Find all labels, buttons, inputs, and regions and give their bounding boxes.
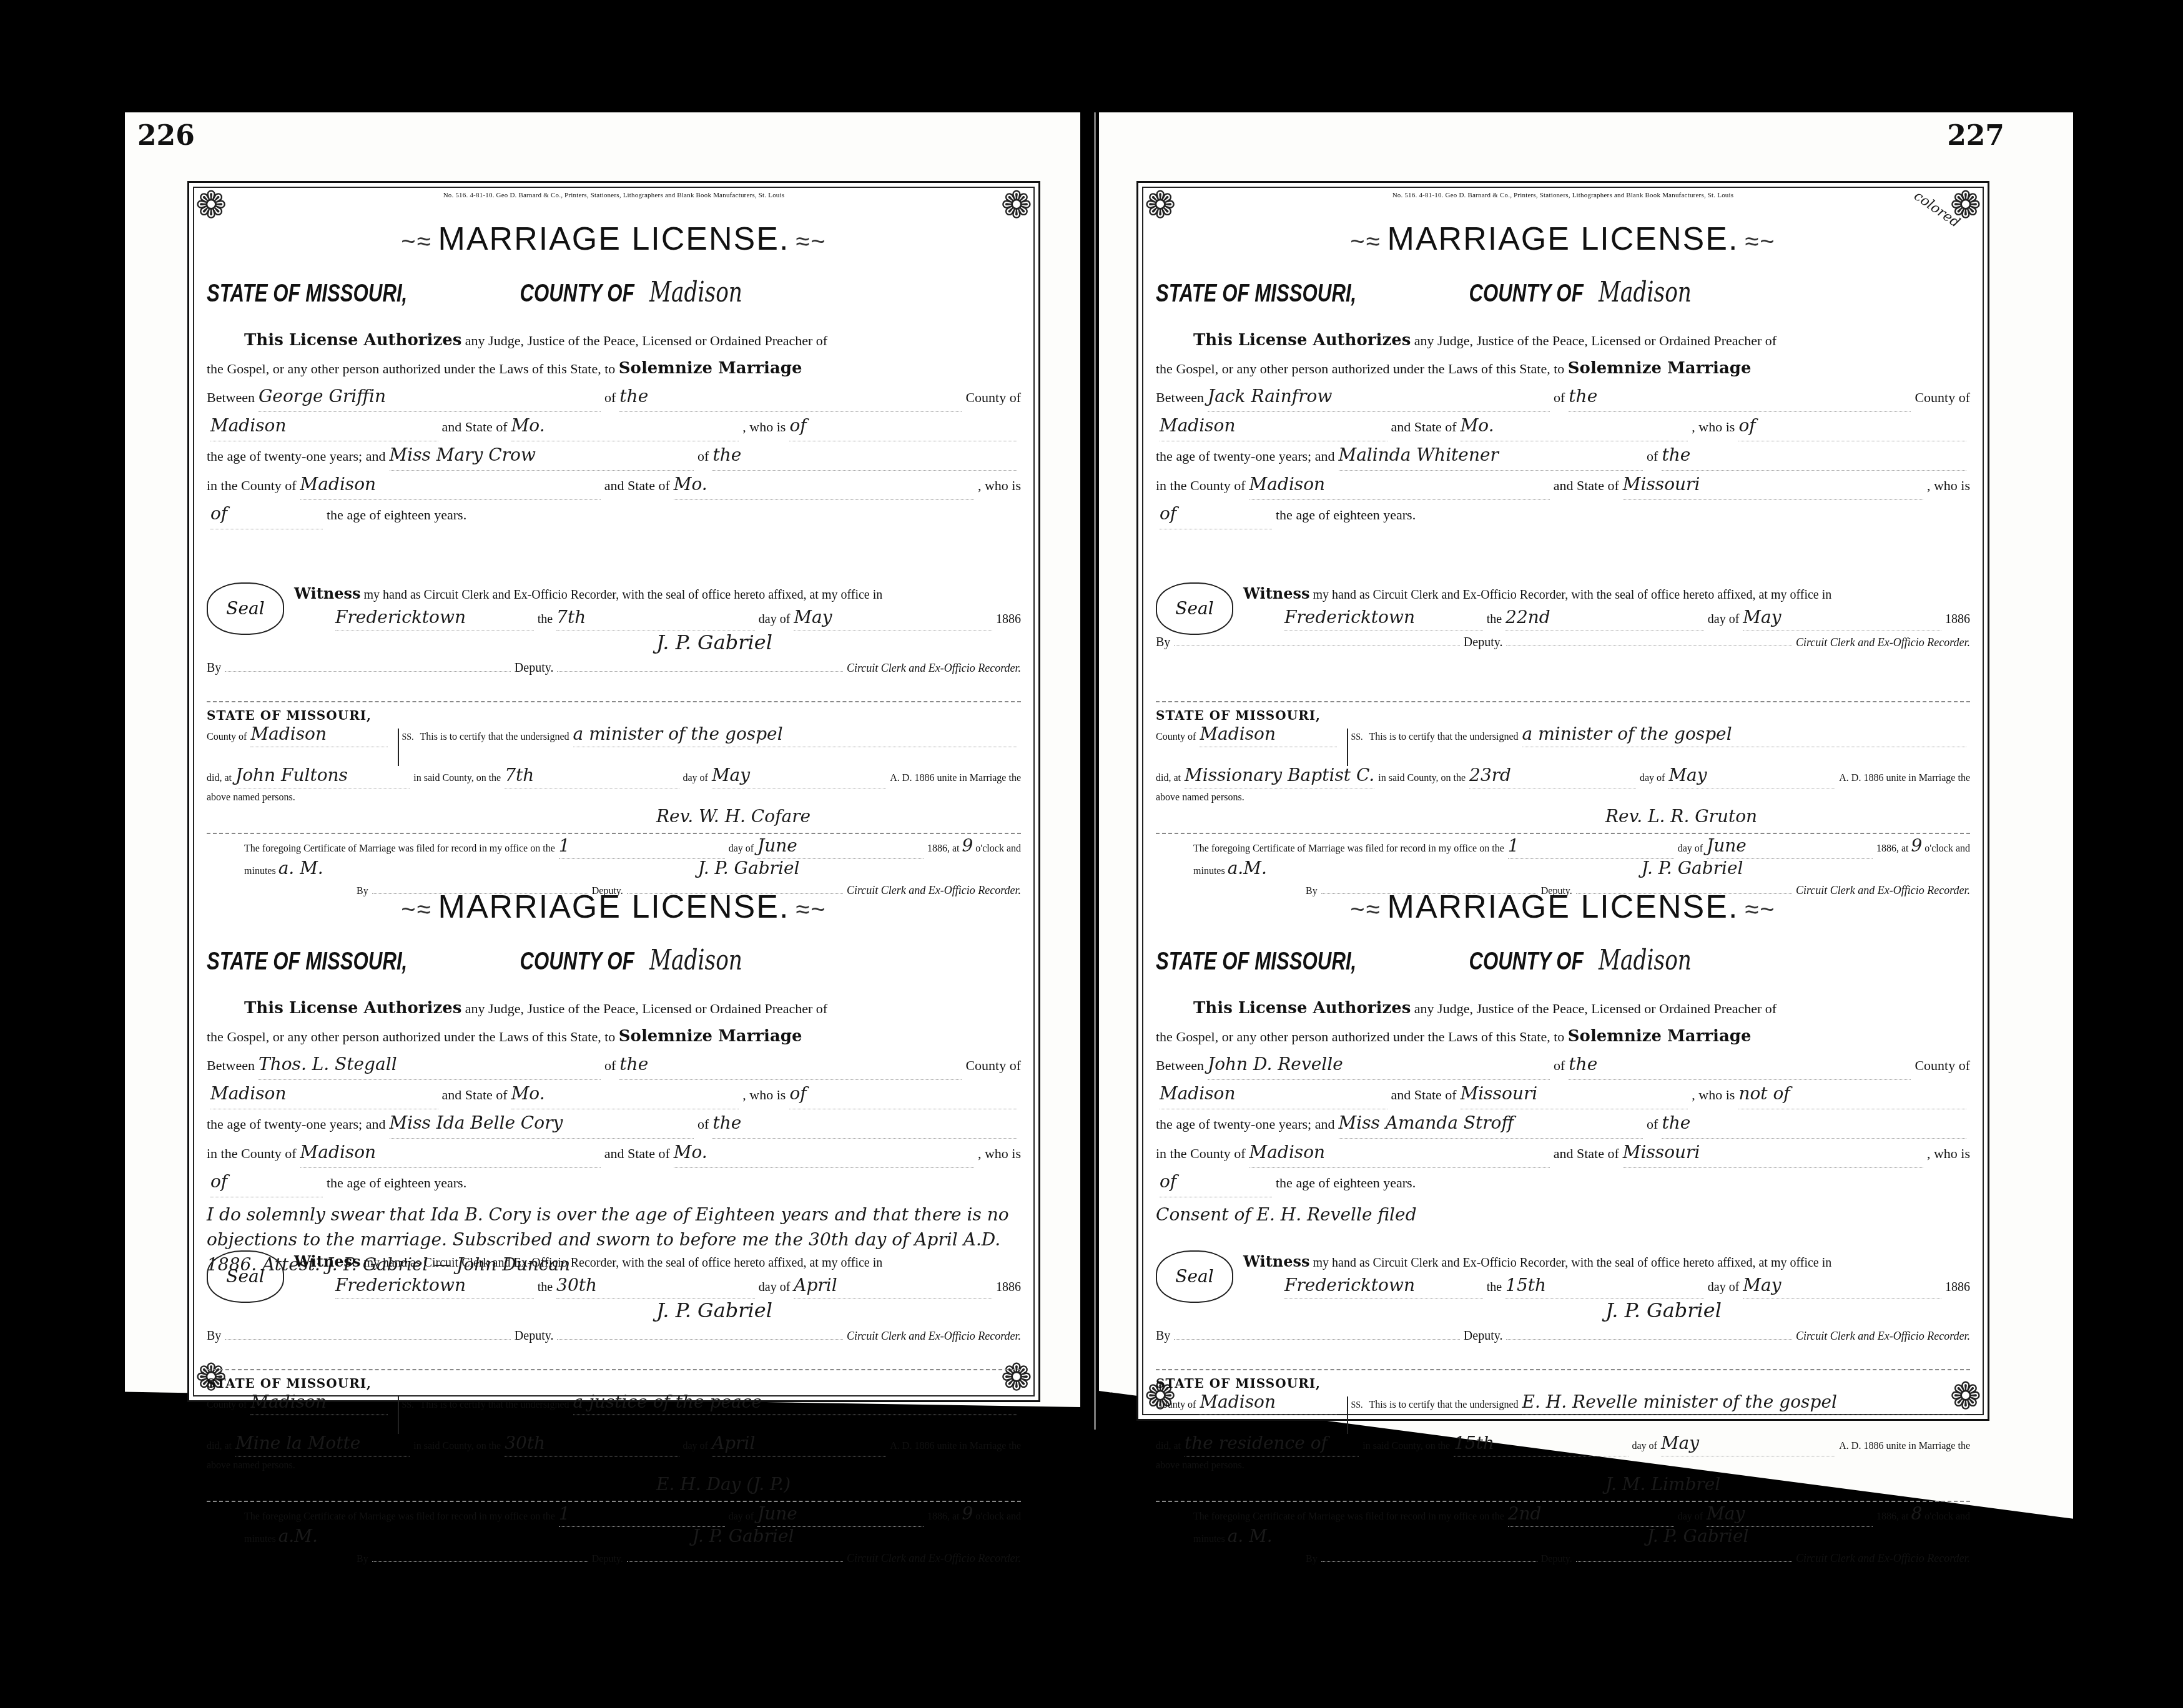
ceremony-place: Mine la Motte bbox=[235, 1433, 360, 1453]
officiant-signature: J. M. Limbrel bbox=[1605, 1474, 1720, 1494]
witness-day: 30th bbox=[556, 1275, 597, 1295]
ceremony-day: 30th bbox=[505, 1433, 545, 1453]
swash-ornament-icon: ≈~ bbox=[796, 896, 826, 923]
witness-month: May bbox=[1743, 1275, 1781, 1295]
witness-block: Seal Witness my hand as Circuit Clerk an… bbox=[207, 1250, 1021, 1347]
filed-signature: J. P. Gabriel bbox=[698, 859, 800, 878]
witness-year: 1886 bbox=[996, 608, 1021, 631]
seal-icon: Seal bbox=[207, 1250, 284, 1303]
bride-name: Miss Mary Crow bbox=[390, 444, 536, 465]
groom-name: John D. Revelle bbox=[1208, 1054, 1343, 1074]
cert-county: Madison bbox=[250, 1391, 327, 1412]
swash-ornament-icon: ≈~ bbox=[1745, 896, 1775, 923]
ceremony-place: the residence of bbox=[1185, 1433, 1328, 1453]
filed-day: 2nd bbox=[1508, 1503, 1542, 1524]
witness-month: May bbox=[1743, 607, 1781, 627]
marriage-license-right-bottom: ~≈MARRIAGE LICENSE.≈~ STATE OF MISSOURI,… bbox=[1138, 876, 1988, 1475]
bride-state: Mo. bbox=[674, 474, 707, 494]
cert-county: Madison bbox=[250, 724, 327, 744]
witness-year: 1886 bbox=[1945, 1276, 1970, 1298]
filed-month: June bbox=[757, 1503, 797, 1524]
state-county-heading: STATE OF MISSOURI, COUNTY OF Madison bbox=[1156, 945, 1791, 976]
filed-month: June bbox=[1707, 835, 1747, 856]
witness-month: April bbox=[794, 1275, 837, 1295]
witness-block: Seal Witness my hand as Circuit Clerk an… bbox=[1156, 582, 1970, 654]
ceremony-month: April bbox=[712, 1433, 755, 1453]
ceremony-place: John Fultons bbox=[235, 765, 348, 785]
ceremony-day: 23rd bbox=[1469, 765, 1511, 785]
groom-name: Jack Rainfrow bbox=[1208, 386, 1332, 406]
filed-month: June bbox=[757, 835, 797, 856]
cert-county: Madison bbox=[1200, 1391, 1276, 1412]
witness-day: 22nd bbox=[1505, 607, 1550, 627]
county-name: Madison bbox=[649, 277, 742, 308]
witness-year: 1886 bbox=[996, 1276, 1021, 1298]
witness-place: Fredericktown bbox=[1284, 607, 1415, 627]
county-name: Madison bbox=[1599, 277, 1692, 308]
left-form: No. 516. 4-81-10. Geo D. Barnard & Co., … bbox=[187, 181, 1040, 1402]
ceremony-day: 15th bbox=[1454, 1433, 1494, 1453]
bride-name: Miss Amanda Stroff bbox=[1339, 1112, 1514, 1133]
affidavit-note: Consent of E. H. Revelle filed bbox=[1156, 1202, 1970, 1227]
ceremony-month: May bbox=[712, 765, 750, 785]
swash-ornament-icon: ~≈ bbox=[1350, 228, 1381, 255]
marriage-license-left-bottom: ~≈MARRIAGE LICENSE.≈~ STATE OF MISSOURI,… bbox=[189, 876, 1038, 1475]
witness-place: Fredericktown bbox=[335, 1275, 466, 1295]
state-county-heading: STATE OF MISSOURI, COUNTY OF Madison bbox=[1156, 277, 1791, 308]
groom-county: Madison bbox=[210, 415, 287, 436]
clerk-signature: J. P. Gabriel bbox=[656, 1298, 772, 1322]
marriage-certificate-block: STATE OF MISSOURI, County ofMadisonSS.Th… bbox=[1156, 1369, 1970, 1569]
officiant-signature: E. H. Day (J. P.) bbox=[656, 1474, 791, 1494]
page-number-left: 226 bbox=[137, 120, 195, 152]
bride-name: Malinda Whitener bbox=[1339, 444, 1499, 465]
state-county-heading: STATE OF MISSOURI, COUNTY OF Madison bbox=[207, 945, 842, 976]
marriage-certificate-block: STATE OF MISSOURI, County ofMadisonSS.Th… bbox=[207, 1369, 1021, 1569]
swash-ornament-icon: ≈~ bbox=[796, 228, 826, 255]
officiant-title: a minister of the gospel bbox=[1522, 724, 1732, 744]
county-name: Madison bbox=[649, 945, 742, 976]
witness-place: Fredericktown bbox=[1284, 1275, 1415, 1295]
filed-day: 1 bbox=[559, 1503, 570, 1524]
marriage-certificate-block: STATE OF MISSOURI, County ofMadisonSS.Th… bbox=[1156, 701, 1970, 901]
bride-county: Madison bbox=[1249, 474, 1326, 494]
groom-name: Thos. L. Stegall bbox=[259, 1054, 397, 1074]
witness-day: 7th bbox=[556, 607, 586, 627]
officiant-title: a justice of the peace bbox=[573, 1391, 762, 1412]
filed-month: May bbox=[1707, 1503, 1745, 1524]
officiant-signature: Rev. W. H. Cofare bbox=[656, 806, 811, 827]
swash-ornament-icon: ~≈ bbox=[401, 896, 431, 923]
seal-icon: Seal bbox=[207, 582, 284, 635]
license-body: This License Authorizes any Judge, Justi… bbox=[1156, 994, 1970, 1227]
officiant-title: E. H. Revelle minister of the gospel bbox=[1522, 1391, 1837, 1412]
filed-signature: J. P. Gabriel bbox=[1647, 1527, 1749, 1546]
bride-county: Madison bbox=[300, 1142, 377, 1162]
ceremony-month: May bbox=[1668, 765, 1707, 785]
groom-county: Madison bbox=[210, 1083, 287, 1104]
page-number-right: 227 bbox=[1947, 120, 2004, 152]
ceremony-place: Missionary Baptist C. bbox=[1185, 765, 1374, 785]
witness-day: 15th bbox=[1505, 1275, 1546, 1295]
license-title: ~≈MARRIAGE LICENSE.≈~ bbox=[1138, 888, 1988, 926]
swash-ornament-icon: ~≈ bbox=[1350, 896, 1381, 923]
filed-signature: J. P. Gabriel bbox=[1642, 859, 1743, 878]
license-body: This License Authorizes any Judge, Justi… bbox=[207, 326, 1021, 534]
witness-year: 1886 bbox=[1945, 608, 1970, 631]
bride-county: Madison bbox=[1249, 1142, 1326, 1162]
groom-county: Madison bbox=[1160, 415, 1236, 436]
right-form: No. 516. 4-81-10. Geo D. Barnard & Co., … bbox=[1136, 181, 1989, 1421]
bride-name: Miss Ida Belle Cory bbox=[390, 1112, 563, 1133]
filed-day: 1 bbox=[1508, 835, 1519, 856]
ceremony-month: May bbox=[1661, 1433, 1699, 1453]
officiant-signature: Rev. L. R. Gruton bbox=[1605, 806, 1757, 827]
groom-state: Missouri bbox=[1461, 1083, 1538, 1104]
groom-state: Mo. bbox=[1461, 415, 1494, 436]
filed-signature: J. P. Gabriel bbox=[692, 1527, 794, 1546]
bride-state: Missouri bbox=[1623, 1142, 1700, 1162]
swash-ornament-icon: ≈~ bbox=[1745, 228, 1775, 255]
groom-county: Madison bbox=[1160, 1083, 1236, 1104]
witness-block: Seal Witness my hand as Circuit Clerk an… bbox=[1156, 1250, 1970, 1347]
license-body: This License Authorizes any Judge, Justi… bbox=[1156, 326, 1970, 534]
seal-icon: Seal bbox=[1156, 1250, 1233, 1303]
groom-name: George Griffin bbox=[259, 386, 386, 406]
book-spine bbox=[1094, 112, 1096, 1430]
license-title: ~≈MARRIAGE LICENSE.≈~ bbox=[189, 888, 1038, 926]
printer-imprint: No. 516. 4-81-10. Geo D. Barnard & Co., … bbox=[189, 192, 1038, 199]
marriage-license-left-top: ~≈MARRIAGE LICENSE.≈~ STATE OF MISSOURI,… bbox=[189, 208, 1038, 807]
witness-month: May bbox=[794, 607, 832, 627]
county-name: Madison bbox=[1599, 945, 1692, 976]
printer-imprint: No. 516. 4-81-10. Geo D. Barnard & Co., … bbox=[1138, 192, 1988, 199]
bride-state: Mo. bbox=[674, 1142, 707, 1162]
clerk-signature: J. P. Gabriel bbox=[656, 631, 772, 654]
clerk-signature: J. P. Gabriel bbox=[1605, 1298, 1722, 1322]
state-county-heading: STATE OF MISSOURI, COUNTY OF Madison bbox=[207, 277, 842, 308]
witness-block: Seal Witness my hand as Circuit Clerk an… bbox=[207, 582, 1021, 679]
license-body: This License Authorizes any Judge, Justi… bbox=[207, 994, 1021, 1277]
groom-state: Mo. bbox=[511, 415, 545, 436]
witness-place: Fredericktown bbox=[335, 607, 466, 627]
groom-state: Mo. bbox=[511, 1083, 545, 1104]
filed-day: 1 bbox=[559, 835, 570, 856]
marriage-certificate-block: STATE OF MISSOURI, County ofMadisonSS.Th… bbox=[207, 701, 1021, 901]
officiant-title: a minister of the gospel bbox=[573, 724, 783, 744]
license-title: ~≈MARRIAGE LICENSE.≈~ bbox=[189, 220, 1038, 258]
license-title: ~≈MARRIAGE LICENSE.≈~ bbox=[1138, 220, 1988, 258]
cert-county: Madison bbox=[1200, 724, 1276, 744]
marriage-license-right-top: ~≈MARRIAGE LICENSE.≈~ STATE OF MISSOURI,… bbox=[1138, 208, 1988, 807]
seal-icon: Seal bbox=[1156, 582, 1233, 635]
ceremony-day: 7th bbox=[505, 765, 534, 785]
bride-county: Madison bbox=[300, 474, 377, 494]
bride-state: Missouri bbox=[1623, 474, 1700, 494]
swash-ornament-icon: ~≈ bbox=[401, 228, 431, 255]
